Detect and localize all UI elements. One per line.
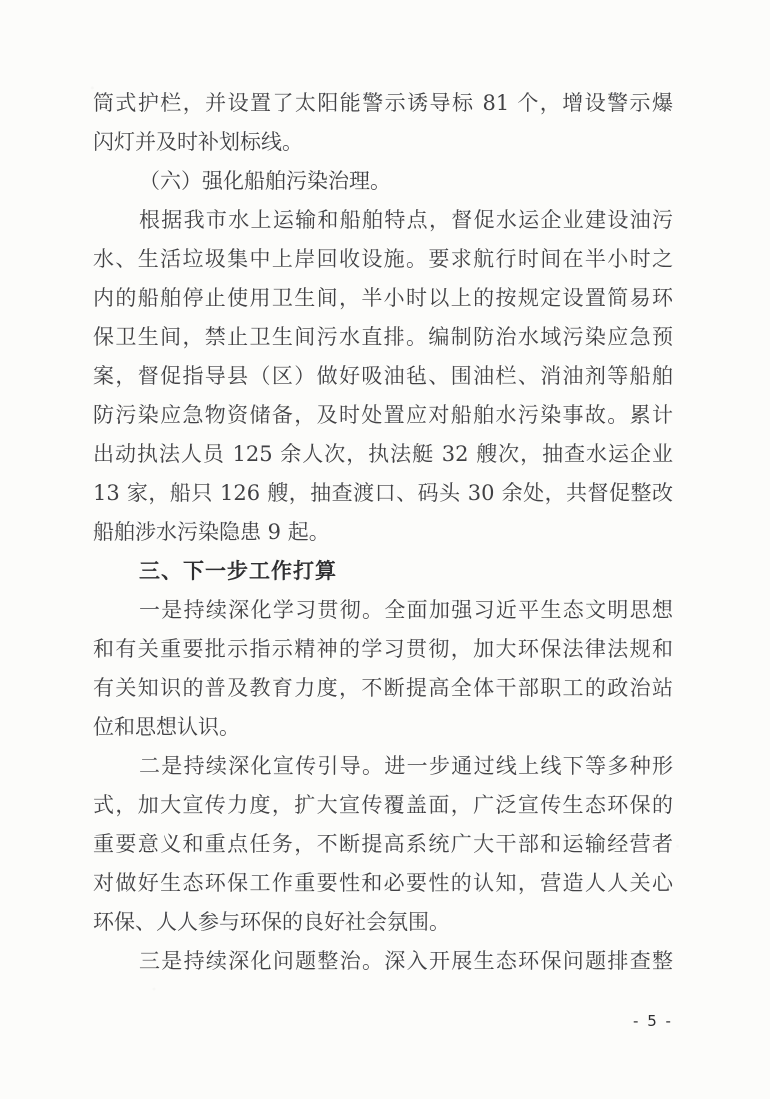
text-line: 船舶涉水污染隐患 9 起。 bbox=[93, 513, 673, 552]
text-line: 闪灯并及时补划标线。 bbox=[93, 123, 673, 162]
text-line: 有关知识的普及教育力度，不断提高全体干部职工的政治站 bbox=[93, 669, 673, 708]
text-line: 对做好生态环保工作重要性和必要性的认知，营造人人关心 bbox=[93, 864, 673, 903]
document-page: 筒式护栏，并设置了太阳能警示诱导标 81 个，增设警示爆闪灯并及时补划标线。（六… bbox=[0, 0, 770, 1099]
text-line: 位和思想认识。 bbox=[93, 708, 673, 747]
subsection-heading: （六）强化船舶污染治理。 bbox=[93, 162, 673, 201]
text-line: 三是持续深化问题整治。深入开展生态环保问题排查整 bbox=[93, 942, 673, 981]
text-line: 内的船舶停止使用卫生间，半小时以上的按规定设置简易环 bbox=[93, 279, 673, 318]
text-line: 保卫生间，禁止卫生间污水直排。编制防治水域污染应急预 bbox=[93, 318, 673, 357]
text-line: 重要意义和重点任务，不断提高系统广大干部和运输经营者 bbox=[93, 825, 673, 864]
page-number: - 5 - bbox=[618, 1012, 688, 1030]
text-line: 式，加大宣传力度，扩大宣传覆盖面，广泛宣传生态环保的 bbox=[93, 786, 673, 825]
text-line: 出动执法人员 125 余人次，执法艇 32 艘次，抽查水运企业 bbox=[93, 435, 673, 474]
text-line: 环保、人人参与环保的良好社会氛围。 bbox=[93, 903, 673, 942]
section-heading: 三、下一步工作打算 bbox=[93, 552, 673, 591]
text-line: 水、生活垃圾集中上岸回收设施。要求航行时间在半小时之 bbox=[93, 240, 673, 279]
text-line: 和有关重要批示指示精神的学习贯彻，加大环保法律法规和 bbox=[93, 630, 673, 669]
text-line: 一是持续深化学习贯彻。全面加强习近平生态文明思想 bbox=[93, 591, 673, 630]
text-line: 案，督促指导县（区）做好吸油毡、围油栏、消油剂等船舶 bbox=[93, 357, 673, 396]
document-body: 筒式护栏，并设置了太阳能警示诱导标 81 个，增设警示爆闪灯并及时补划标线。（六… bbox=[93, 84, 673, 981]
text-line: 根据我市水上运输和船舶特点，督促水运企业建设油污 bbox=[93, 201, 673, 240]
text-line: 防污染应急物资储备，及时处置应对船舶水污染事故。累计 bbox=[93, 396, 673, 435]
text-line: 二是持续深化宣传引导。进一步通过线上线下等多种形 bbox=[93, 747, 673, 786]
text-line: 筒式护栏，并设置了太阳能警示诱导标 81 个，增设警示爆 bbox=[93, 84, 673, 123]
text-line: 13 家，船只 126 艘，抽查渡口、码头 30 余处，共督促整改 bbox=[93, 474, 673, 513]
